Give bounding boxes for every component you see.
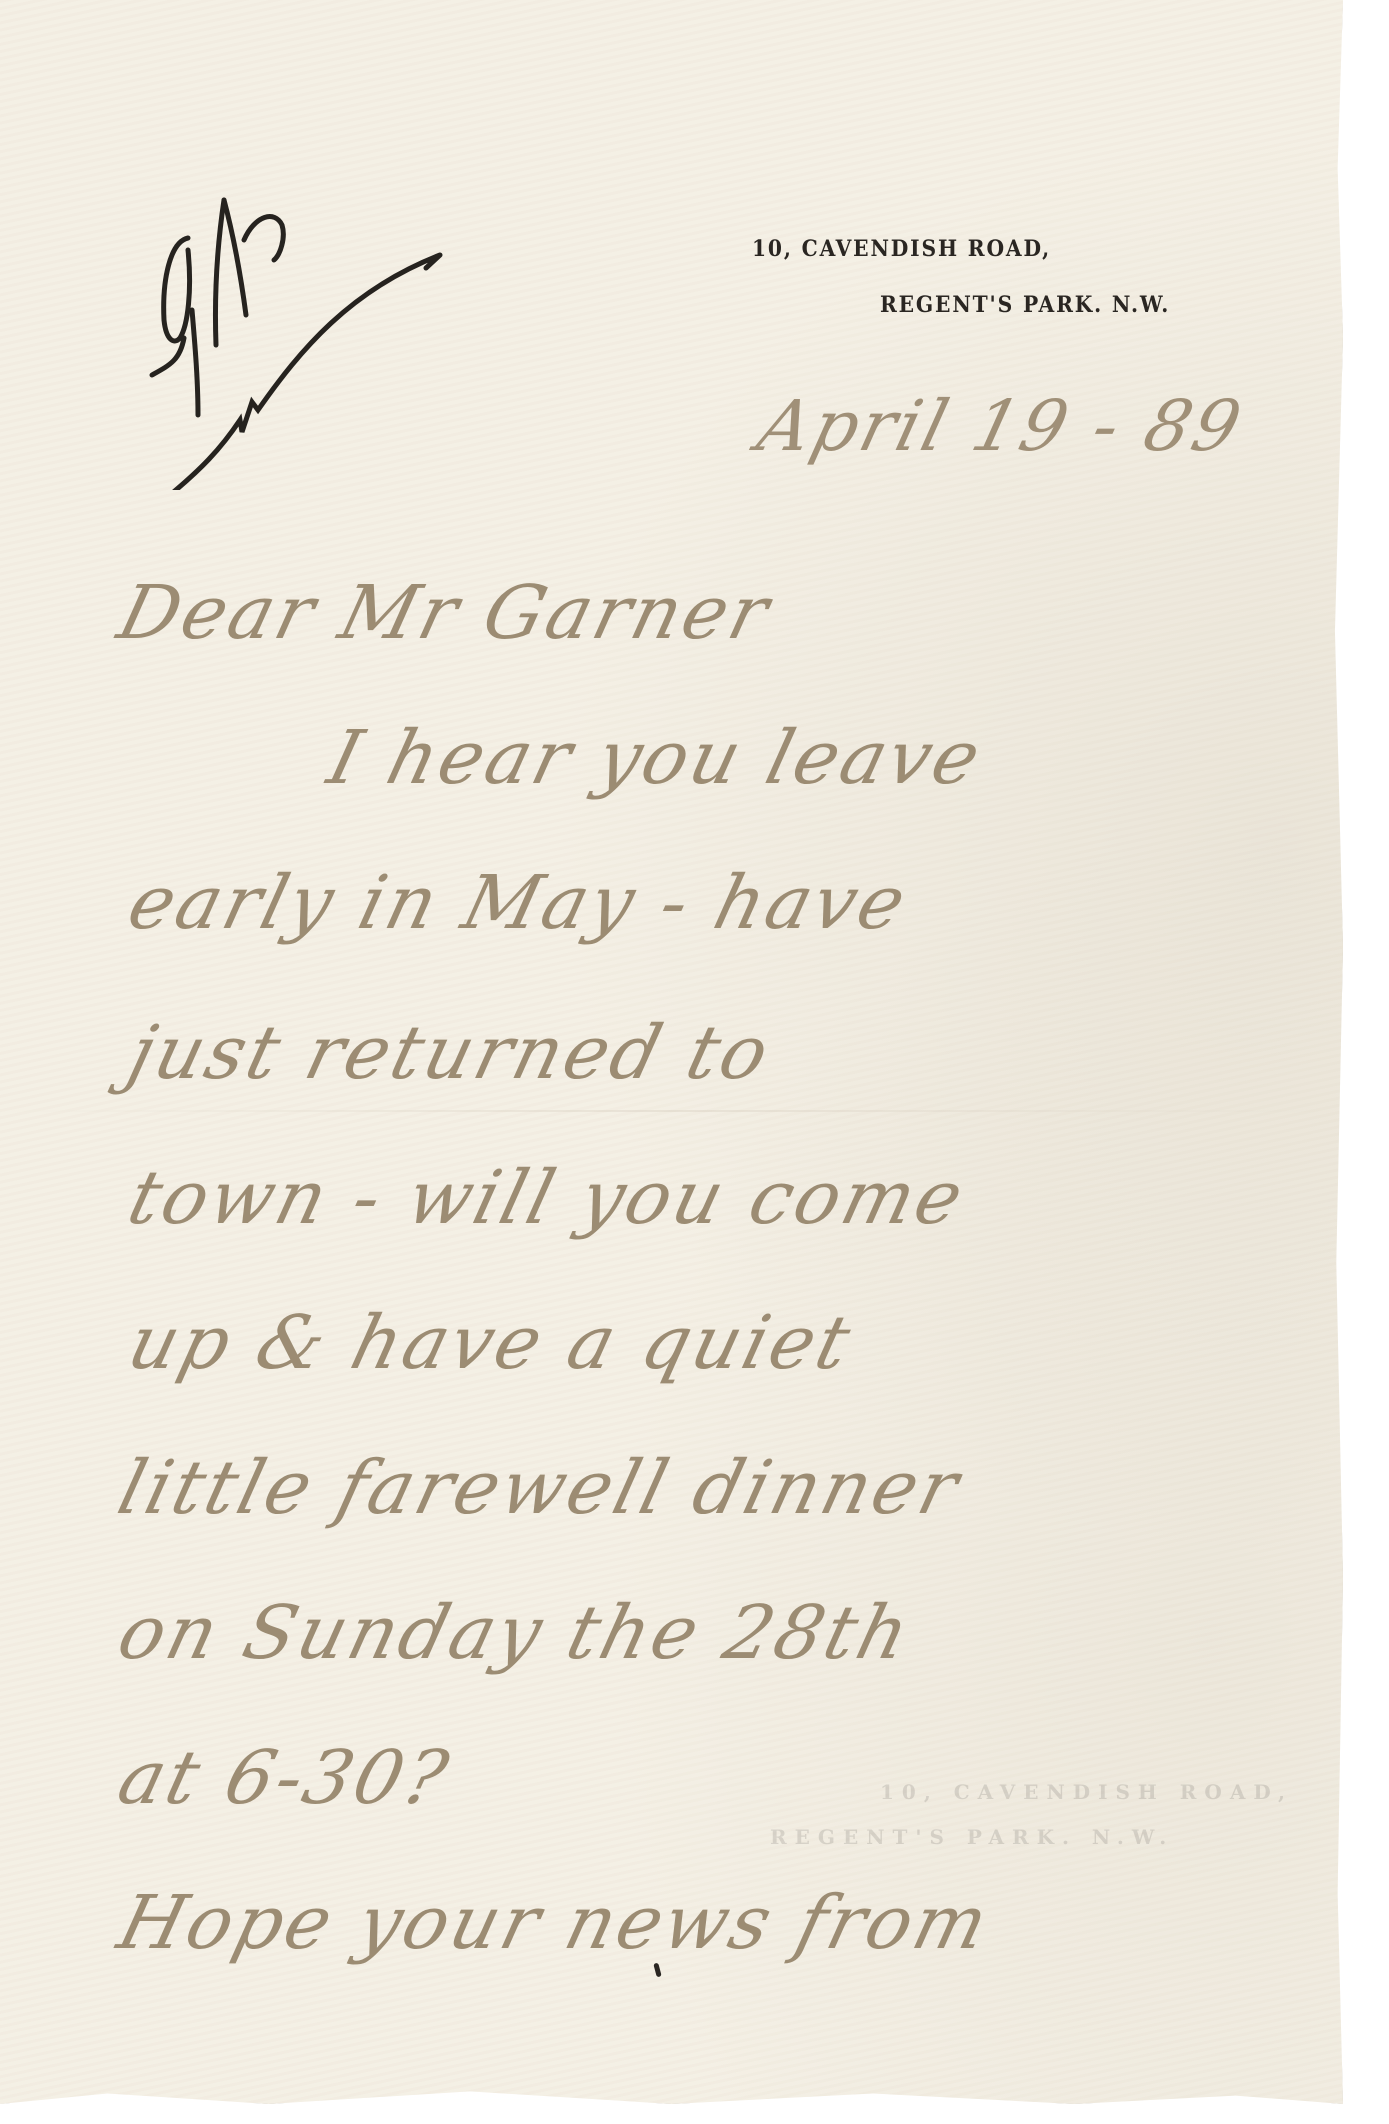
monogram-annotation <box>140 170 450 490</box>
letter-line: I hear you leave <box>320 715 991 801</box>
letter-line: on Sunday the 28th <box>110 1590 920 1676</box>
paper-fold-line <box>0 1110 1343 1112</box>
letter-line: just returned to <box>120 1010 780 1096</box>
letter-paper: 10, CAVENDISH ROAD, REGENT'S PARK. N.W. … <box>0 0 1343 2104</box>
letter-line: up & have a quiet <box>120 1300 861 1386</box>
letter-line: early in May - have <box>120 860 917 946</box>
letterhead-address-line1: 10, CAVENDISH ROAD, <box>752 236 1051 262</box>
letterhead-address-line2: REGENT'S PARK. N.W. <box>880 292 1170 318</box>
letter-line: little farewell dinner <box>110 1445 969 1531</box>
salutation: Dear Mr Garner <box>110 570 780 656</box>
letter-line: Hope your news from <box>110 1880 999 1966</box>
letter-line: town - will you come <box>120 1155 974 1241</box>
letter-date: April 19 - 89 <box>750 385 1252 467</box>
bleed-through-line1: 10, CAVENDISH ROAD, <box>880 1780 1293 1804</box>
bleed-through-line2: REGENT'S PARK. N.W. <box>770 1825 1174 1849</box>
letter-line: at 6-30? <box>110 1735 459 1821</box>
